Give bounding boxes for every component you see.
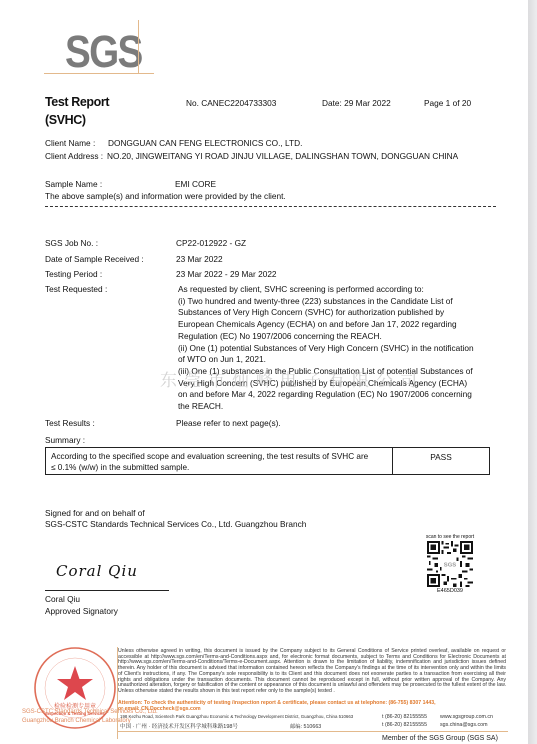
requested-line: European Chemicals Agency (ECHA) on and … <box>178 319 504 331</box>
summary-line: ≤ 0.1% (w/w) in the submitted sample. <box>51 462 387 473</box>
client-address-value: NO.20, JINGWEITANG YI ROAD JINJU VILLAGE… <box>107 151 458 161</box>
sample-received-label: Date of Sample Received : <box>45 254 144 264</box>
signatory-role: Approved Signatory <box>45 606 118 616</box>
summary-result: PASS <box>393 448 489 474</box>
dashed-divider <box>45 206 496 207</box>
test-requested-label: Test Requested : <box>45 284 107 294</box>
sample-received-value: 23 Mar 2022 <box>176 254 223 264</box>
testing-period-value: 23 Mar 2022 - 29 Mar 2022 <box>176 269 277 279</box>
footer-horizontal-rule <box>118 731 508 732</box>
signed-on-behalf: Signed for and on behalf of <box>45 508 145 518</box>
sample-name-label: Sample Name : <box>45 179 102 189</box>
signature-line <box>45 590 169 591</box>
test-results-value: Please refer to next page(s). <box>176 418 281 428</box>
sgs-logo: SGS <box>44 20 154 74</box>
footer-email-link[interactable]: sgs.china@sgs.com <box>440 722 487 728</box>
footer-phone: t (86-20) 82155555 <box>382 714 427 720</box>
job-no-label: SGS Job No. : <box>45 238 98 248</box>
footer-postcode-cn: 邮编: 510663 <box>290 722 321 730</box>
footer-address-cn: 中国 · 广州 · 经济技术开发区科学城科珠路198号 <box>120 722 238 730</box>
requested-line: Substances of Very High Concern (SVHC) f… <box>178 307 504 319</box>
report-date: Date: 29 Mar 2022 <box>322 98 391 108</box>
sgs-logo-text: SGS <box>65 26 142 78</box>
scrollbar-track[interactable] <box>528 0 537 744</box>
sample-note: The above sample(s) and information were… <box>45 191 286 201</box>
footer-fax: t (86-20) 82155555 <box>382 722 427 728</box>
client-name-value: DONGGUAN CAN FENG ELECTRONICS CO., LTD. <box>108 138 302 148</box>
page-indicator: Page 1 of 20 <box>424 98 471 108</box>
legal-disclaimer: Unless otherwise agreed in writing, this… <box>118 649 506 695</box>
requested-line: (ii) One (1) potential Substances of Ver… <box>178 343 504 355</box>
report-number: No. CANEC2204733303 <box>186 98 276 108</box>
company-watermark: 东莞市灿峰电子有限公司 <box>160 366 424 391</box>
attention-email[interactable]: or email: CN.Doccheck@sgs.com <box>118 707 508 713</box>
footer-address-en: 198 Kezhu Road, Scientech Park Guangzhou… <box>120 714 353 719</box>
sgs-membership: Member of the SGS Group (SGS SA) <box>382 735 498 742</box>
report-subtitle: (SVHC) <box>45 113 86 127</box>
svg-text:SGS: SGS <box>444 562 456 568</box>
test-results-label: Test Results : <box>45 418 95 428</box>
sample-name-value: EMI CORE <box>175 179 216 189</box>
summary-table: According to the specified scope and eva… <box>45 447 490 475</box>
qr-code-id: E465D039 <box>422 588 478 594</box>
summary-statement: According to the specified scope and eva… <box>46 448 393 474</box>
summary-line: According to the specified scope and eva… <box>51 451 387 462</box>
requested-line: As requested by client, SVHC screening i… <box>178 284 504 296</box>
client-name-label: Client Name : <box>45 138 95 148</box>
test-requested-text: As requested by client, SVHC screening i… <box>178 284 504 413</box>
requested-line: of WTO on Jun 1, 2021. <box>178 354 504 366</box>
qr-code-icon: SGS <box>427 541 473 587</box>
signing-company: SGS-CSTC Standards Technical Services Co… <box>45 519 306 529</box>
job-no-value: CP22-012922 - GZ <box>176 238 246 248</box>
logo-rule-vertical <box>138 20 139 74</box>
requested-line: (i) Two hundred and twenty-three (223) s… <box>178 296 504 308</box>
qr-caption: scan to see the report <box>422 534 478 540</box>
client-address-label: Client Address : <box>45 151 103 161</box>
testing-period-label: Testing Period : <box>45 269 102 279</box>
footer-website-link[interactable]: www.sgsgroup.com.cn <box>440 714 493 720</box>
signatory-name: Coral Qiu <box>45 594 80 604</box>
authenticity-notice: Attention: To check the authenticity of … <box>118 701 508 713</box>
summary-label: Summary : <box>45 435 85 445</box>
requested-line: Regulation (EC) No 1907/2006 concerning … <box>178 331 504 343</box>
report-title: Test Report <box>45 95 109 109</box>
verification-qr[interactable]: scan to see the report <box>422 534 478 602</box>
requested-line: on and before Mar 4, 2022 regarding Regu… <box>178 389 504 401</box>
requested-line: the REACH. <box>178 401 504 413</box>
report-page: SGS Test Report (SVHC) No. CANEC22047333… <box>0 0 537 744</box>
handwritten-signature: Coral Qiu <box>56 562 138 580</box>
